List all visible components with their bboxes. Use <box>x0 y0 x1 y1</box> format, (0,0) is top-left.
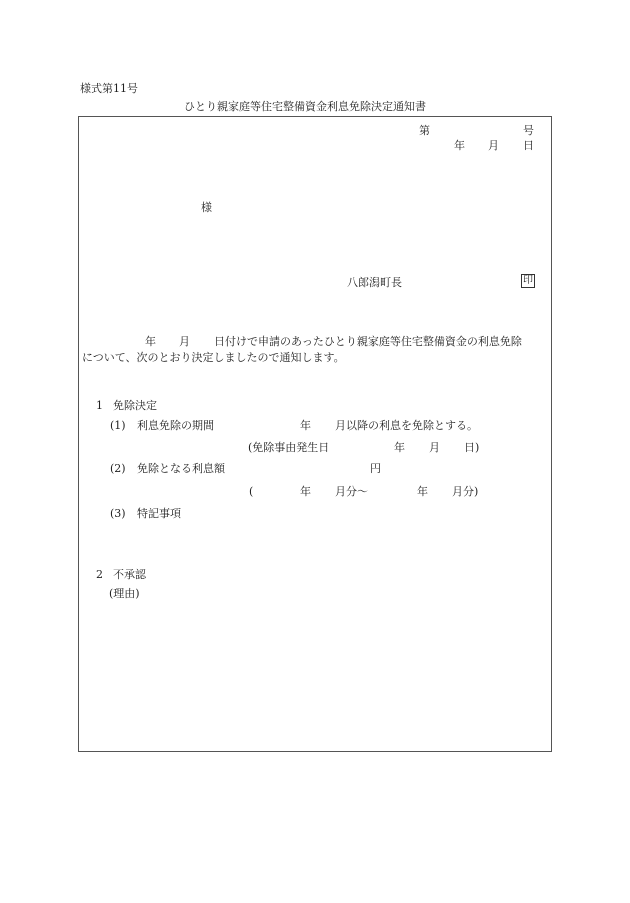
item2-sub-month2: 月分) <box>452 486 478 497</box>
item2-unit: 円 <box>370 463 381 474</box>
issuer-name: 八郎潟町長 <box>347 277 402 288</box>
section2-number: 2 <box>96 569 103 580</box>
date-day: 日 <box>523 140 534 151</box>
item1-year: 年 <box>300 420 311 431</box>
item2-sub-month1: 月分～ <box>335 486 368 497</box>
item1-sub-day: 日) <box>464 442 479 453</box>
date-month: 月 <box>488 140 499 151</box>
item1-number: (1) <box>110 420 126 431</box>
intro-line1: 日付けで申請のあったひとり親家庭等住宅整備資金の利息免除 <box>214 336 522 347</box>
item1-sub-open: (免除事由発生日 <box>248 442 329 453</box>
item1-sub-month: 月 <box>429 442 440 453</box>
item2-sub-open: ( <box>249 486 253 497</box>
seal-mark: 印 <box>521 274 535 288</box>
section1-heading: 免除決定 <box>113 400 157 411</box>
intro-month: 月 <box>179 336 190 347</box>
section2-heading: 不承認 <box>113 569 146 580</box>
number-prefix: 第 <box>419 125 430 136</box>
number-suffix: 号 <box>523 125 534 136</box>
item3-number: (3) <box>110 508 126 519</box>
document-frame <box>78 116 552 752</box>
item1-sub-year: 年 <box>394 442 405 453</box>
item1-rest: 月以降の利息を免除とする。 <box>335 420 478 431</box>
item1-label: 利息免除の期間 <box>137 420 214 431</box>
section1-number: 1 <box>96 400 103 411</box>
intro-line2: について、次のとおり決定しましたので通知します。 <box>82 352 345 363</box>
document-title: ひとり親家庭等住宅整備資金利息免除決定通知書 <box>184 101 426 112</box>
form-number: 様式第11号 <box>80 83 138 94</box>
date-year: 年 <box>454 140 465 151</box>
item2-sub-year1: 年 <box>300 486 311 497</box>
item2-label: 免除となる利息額 <box>137 463 225 474</box>
intro-year: 年 <box>145 336 156 347</box>
item2-sub-year2: 年 <box>417 486 428 497</box>
item2-number: (2) <box>110 463 126 474</box>
section2-reason-label: (理由) <box>109 588 140 599</box>
addressee-suffix: 様 <box>201 202 212 213</box>
item3-label: 特記事項 <box>137 508 181 519</box>
